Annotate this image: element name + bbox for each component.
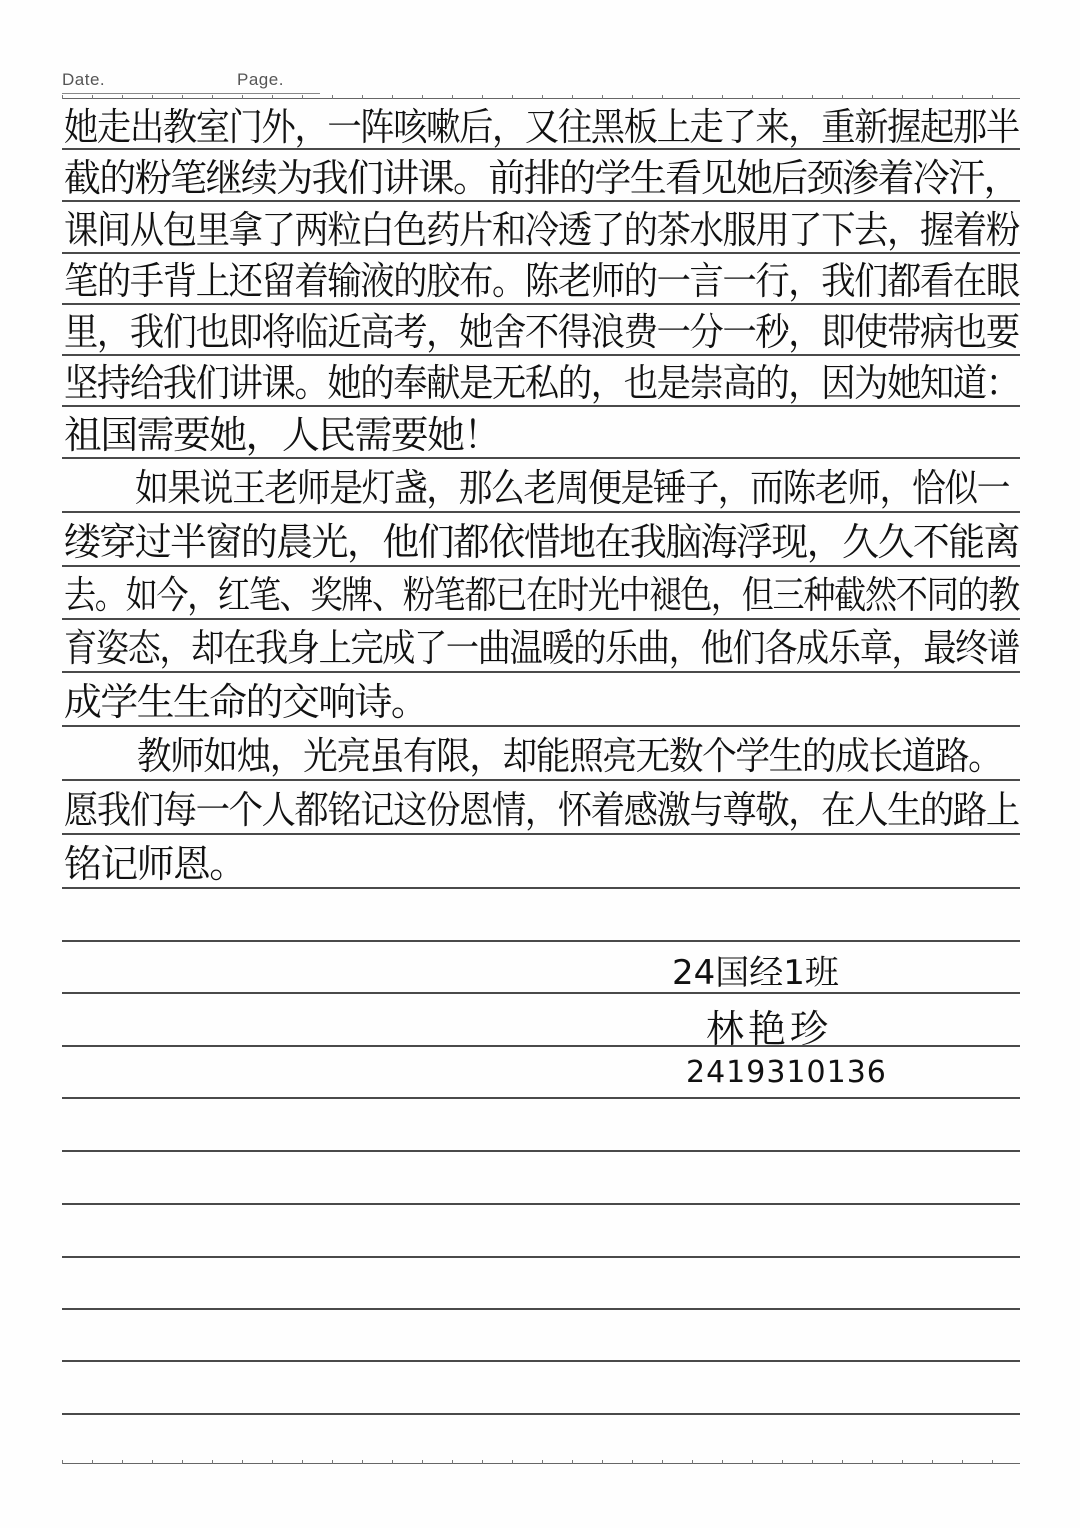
essay-line: 成学生生命的交响诗。 [64,679,1019,725]
ruled-line [62,779,1020,781]
ruled-line [62,671,1020,673]
ruled-line [62,1045,1020,1047]
student-name: 林艳珍 [706,998,832,1053]
ruled-line [62,833,1020,835]
essay-line: 去。如今，红笔、奖牌、粉笔都已在时光中褪色，但三种截然不同的教 [64,572,874,618]
essay-paragraph-start: 教师如烛，光亮虽有限，却能照亮无数个学生的成长道路。 [64,733,1011,779]
essay-line: 育姿态，却在我身上完成了一曲温暖的乐曲，他们各成乐章，最终谱 [64,625,901,671]
essay-line: 她走出教室门外，一阵咳嗽后，又往黑板上走了来，重新握起那半 [64,104,930,150]
essay-line: 笔的手背上还留着输液的胶布。陈老师的一言一行，我们都看在眼 [64,258,930,304]
ruled-line [62,992,1020,994]
ruled-line [62,565,1020,567]
essay-line: 缕穿过半窗的晨光，他们都依惜地在我脑海浮现，久久不能离 [64,519,994,565]
essay-paragraph-start: 如果说王老师是灯盏，那么老周便是锤子，而陈老师，恰似一 [64,465,986,511]
essay-line: 截的粉笔继续为我们讲课。前排的学生看见她后颈渗着冷汗， [64,155,994,201]
notebook-page: Date. Page. 她走出教室门外，一阵咳嗽后，又往黑板上走了来，重新握起那… [0,0,1080,1528]
ruled-line [62,1308,1020,1310]
essay-line: 祖国需要她，人民需要她！ [64,412,1019,458]
ruled-line [62,887,1020,889]
ruled-line [62,940,1020,942]
ruled-line [62,1150,1020,1152]
essay-line: 里，我们也即将临近高考，她舍不得浪费一分一秒，即使带病也要 [64,309,930,355]
ruled-line [62,725,1020,727]
essay-line: 铭记师恩。 [64,841,1019,887]
ruled-line [62,1203,1020,1205]
student-id: 2419310136 [686,1055,887,1090]
page-header: Date. Page. [62,70,362,92]
class-name: 24国经1班 [672,945,839,994]
date-label: Date. [62,70,105,90]
ruled-line [62,1097,1020,1099]
page-label: Page. [237,70,284,90]
top-ruled-line [62,98,1020,99]
ruled-line [62,1413,1020,1415]
essay-line: 课间从包里拿了两粒白色药片和冷透了的茶水服用了下去，握着粉 [64,207,930,253]
ruled-line [62,1360,1020,1362]
ruled-line [62,618,1020,620]
bottom-ruled-line [62,1463,1020,1464]
ruled-line [62,511,1020,513]
essay-line: 坚持给我们讲课。她的奉献是无私的，也是崇高的，因为她知道： [64,360,930,406]
header-underline [62,93,320,94]
essay-line: 愿我们每一个人都铭记这份恩情，怀着感激与尊敬，在人生的路上 [64,787,930,833]
ruled-line [62,1256,1020,1258]
